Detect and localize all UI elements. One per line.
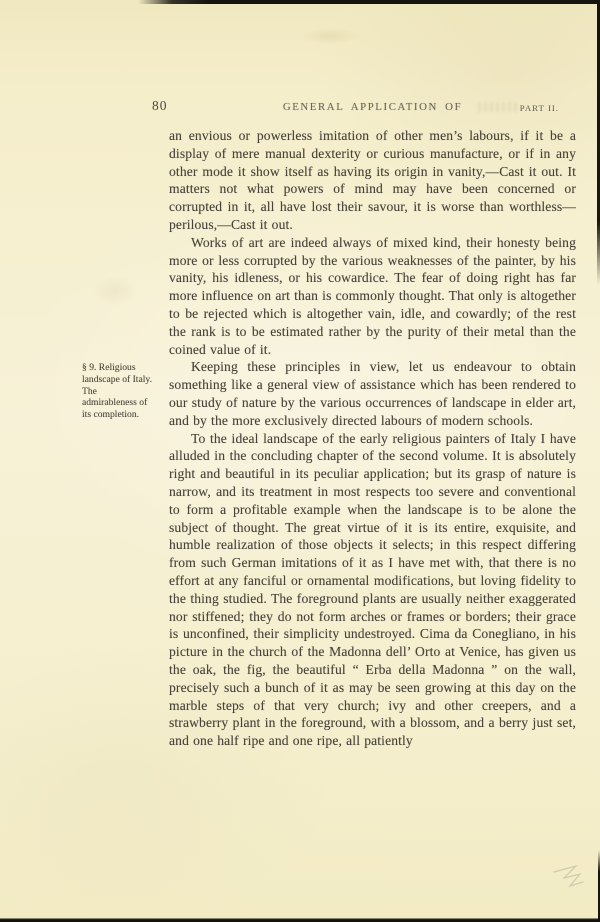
scan-edge-bottom: [0, 918, 600, 922]
body-paragraph: Keeping these principles in view, let us…: [169, 358, 576, 429]
body-paragraph: an envious or powerless imitation of oth…: [169, 127, 576, 234]
margin-sidenote: § 9. Religious landscape of Italy. The a…: [82, 362, 153, 421]
pencil-mark: [550, 860, 592, 894]
paper-stain: [300, 28, 360, 44]
paper-stain: [92, 276, 138, 306]
page-number: 80: [152, 98, 168, 114]
body-text: an envious or powerless imitation of oth…: [169, 127, 576, 750]
scanned-book-page: 80 GENERAL APPLICATION OF PART II. § 9. …: [0, 0, 600, 922]
body-paragraph: Works of art are indeed always of mixed …: [169, 234, 576, 359]
body-paragraph: To the ideal landscape of the early reli…: [169, 430, 576, 750]
part-label: PART II.: [520, 103, 559, 113]
scan-edge-top: [138, 0, 600, 4]
ink-bleedthrough-smudge: [478, 102, 518, 112]
